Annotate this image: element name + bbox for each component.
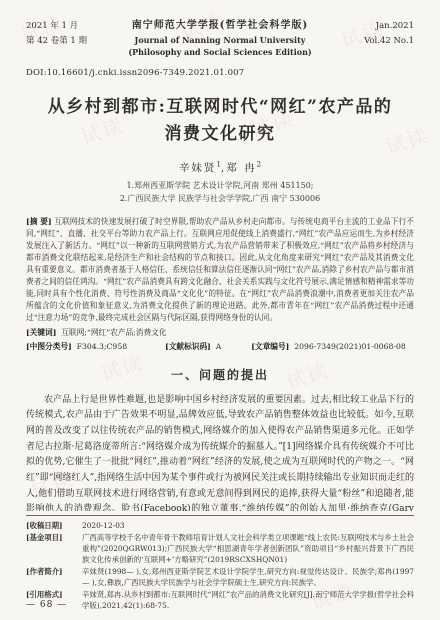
doi-line: DOI:10.16601/j.cnki.issn2096-7349.2021.0… — [26, 68, 414, 78]
footnote-received: [收稿日期] 2020-12-03 — [26, 520, 414, 531]
affiliation-1: 1.郑州西亚斯学院 艺术设计学院,河南 郑州 451150; — [26, 180, 414, 193]
body-paragraph: 农产品上行是世界性难题,也是影响中国乡村经济发展的重要因素。过去,相比较工业品下… — [26, 393, 414, 511]
footnote-citation: [引用格式] 辛妹贤,郑冉.从乡村到都市:互联网时代“网红”农产品的消费文化研究… — [26, 589, 414, 611]
abstract-label: [摘 要] — [26, 217, 52, 226]
journal-header-row-en: 第 42 卷第 1 期 Journal of Nanning Normal Un… — [26, 34, 414, 59]
article-title-line1: 从乡村到都市:互联网时代“网红”农产品的 — [26, 94, 414, 120]
journal-title-en: Journal of Nanning Normal University (Ph… — [114, 34, 326, 59]
journal-header-row-cn: 2021 年 1 月 南宁师范大学学报(哲学社会科学版) Jan.2021 — [26, 18, 414, 34]
footnote-fund-label: [基金项目] — [26, 532, 78, 565]
article-title-line2: 消费文化研究 — [26, 121, 414, 147]
article-no-item: [文章编号] 2096-7349(2021)01-0068-08 — [251, 341, 406, 352]
clc-item: [中图分类号] F304.3;C958 — [26, 341, 127, 352]
footnote-bio-label: [作者简介] — [26, 566, 78, 588]
author-line: 辛妹贤1,郑 冉2 — [26, 160, 414, 175]
section-heading: 一、问题的提出 — [26, 366, 414, 383]
article-title: 从乡村到都市:互联网时代“网红”农产品的 消费文化研究 — [26, 94, 414, 147]
footnote-received-label: [收稿日期] — [26, 520, 78, 531]
clc-value: F304.3;C958 — [77, 342, 128, 351]
page-number: — 68 — — [26, 600, 67, 610]
author-1: 辛妹贤 — [179, 162, 217, 174]
journal-title-cn: 南宁师范大学学报(哲学社会科学版) — [114, 18, 326, 34]
article-no-value: 2096-7349(2021)01-0068-08 — [294, 342, 406, 351]
footnote-fund: [基金项目] 广西高等学校千名中青年骨干教师培育计划人文社会科学类立项课题“线上… — [26, 532, 414, 565]
keywords-text: 互联网;“网红”农产品;消费文化 — [61, 328, 166, 337]
doc-code-item: [文献标识码] A — [165, 341, 221, 352]
footnote-block: [收稿日期] 2020-12-03 [基金项目] 广西高等学校千名中青年骨干教师… — [26, 520, 414, 612]
issue-date-en: Jan.2021 — [326, 20, 414, 33]
footnote-received-text: 2020-12-03 — [78, 520, 414, 531]
clc-label: [中图分类号] — [26, 342, 72, 351]
classification-row: [中图分类号] F304.3;C958 [文献标识码] A [文章编号] 209… — [26, 341, 414, 352]
abstract-block: [摘 要] 互联网技术的快速发展打破了时空界限,帮助农产品从乡村走向都市。与传统… — [26, 216, 414, 324]
volume-issue-en: Vol.42 No.1 — [326, 35, 414, 48]
volume-issue-cn: 第 42 卷第 1 期 — [26, 35, 114, 48]
abstract-text: 互联网技术的快速发展打破了时空界限,帮助农产品从乡村走向都市。与传统电商平台主流… — [26, 217, 414, 322]
footnote-bio-text: 辛妹贤(1998— ),女,郑州西亚斯学院艺术设计学院学生,研究方向:视觉传达设… — [78, 566, 414, 588]
doc-code-label: [文献标识码] — [165, 342, 211, 351]
author-2: 郑 冉 — [226, 162, 256, 174]
keywords-label: [关键词] — [26, 328, 56, 337]
footnote-divider — [26, 515, 414, 516]
issue-date-cn: 2021 年 1 月 — [26, 20, 114, 33]
footnote-citation-text: 辛妹贤,郑冉.从乡村到都市:互联网时代“网红”农产品的消费文化研究[J].南宁师… — [78, 589, 414, 611]
affiliation-2: 2.广西民族大学 民族学与社会学学院,广西 南宁 530006 — [26, 193, 414, 206]
footnote-fund-text: 广西高等学校千名中青年骨干教师培育计划人文社会科学类立项课题“线上农民:互联网技… — [78, 532, 414, 565]
article-no-label: [文章编号] — [251, 342, 289, 351]
author-2-sup: 2 — [257, 160, 261, 168]
footnote-bio: [作者简介] 辛妹贤(1998— ),女,郑州西亚斯学院艺术设计学院学生,研究方… — [26, 566, 414, 588]
affiliations: 1.郑州西亚斯学院 艺术设计学院,河南 郑州 451150; 2.广西民族大学 … — [26, 180, 414, 206]
journal-page: 2021 年 1 月 南宁师范大学学报(哲学社会科学版) Jan.2021 第 … — [0, 0, 440, 620]
keywords-row: [关键词] 互联网;“网红”农产品;消费文化 — [26, 327, 414, 338]
